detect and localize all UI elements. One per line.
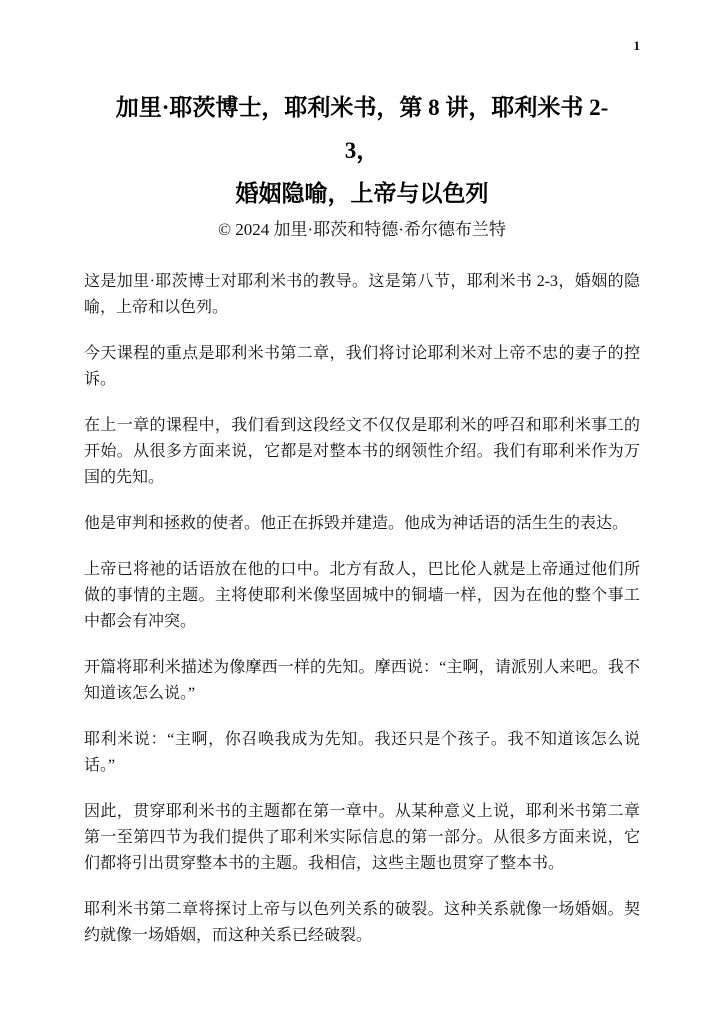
document-page: 1 加里·耶茨博士，耶利米书，第 8 讲，耶利米书 2- 3， 婚姻隐喻，上帝与… [0,0,724,1024]
title-line-2: 3， [64,129,660,172]
paragraph-7: 耶利米说：“主啊，你召唤我成为先知。我还只是个孩子。我不知道该怎么说话。” [84,727,640,779]
title-line-1: 加里·耶茨博士，耶利米书，第 8 讲，耶利米书 2- [64,86,660,129]
title-line-3: 婚姻隐喻，上帝与以色列 [64,172,660,215]
copyright-line: © 2024 加里·耶茨和特德·希尔德布兰特 [64,217,660,243]
paragraph-6: 开篇将耶利米描述为像摩西一样的先知。摩西说：“主啊，请派别人来吧。我不知道该怎么… [84,655,640,707]
document-title: 加里·耶茨博士，耶利米书，第 8 讲，耶利米书 2- 3， 婚姻隐喻，上帝与以色… [64,86,660,215]
paragraph-5: 上帝已将祂的话语放在他的口中。北方有敌人，巴比伦人就是上帝通过他们所做的事情的主… [84,557,640,635]
paragraph-4: 他是审判和拯救的使者。他正在拆毁并建造。他成为神话语的活生生的表达。 [84,511,640,537]
paragraph-9: 耶利米书第二章将探讨上帝与以色列关系的破裂。这种关系就像一场婚姻。契约就像一场婚… [84,897,640,949]
document-body: 这是加里·耶茨博士对耶利米书的教导。这是第八节，耶利米书 2-3，婚姻的隐喻，上… [84,269,640,949]
page-number: 1 [634,38,641,54]
paragraph-2: 今天课程的重点是耶利米书第二章，我们将讨论耶利米对上帝不忠的妻子的控诉。 [84,341,640,393]
paragraph-3: 在上一章的课程中，我们看到这段经文不仅仅是耶利米的呼召和耶利米事工的开始。从很多… [84,413,640,491]
paragraph-8: 因此，贯穿耶利米书的主题都在第一章中。从某种意义上说，耶利米书第二章第一至第四节… [84,799,640,877]
paragraph-1: 这是加里·耶茨博士对耶利米书的教导。这是第八节，耶利米书 2-3，婚姻的隐喻，上… [84,269,640,321]
